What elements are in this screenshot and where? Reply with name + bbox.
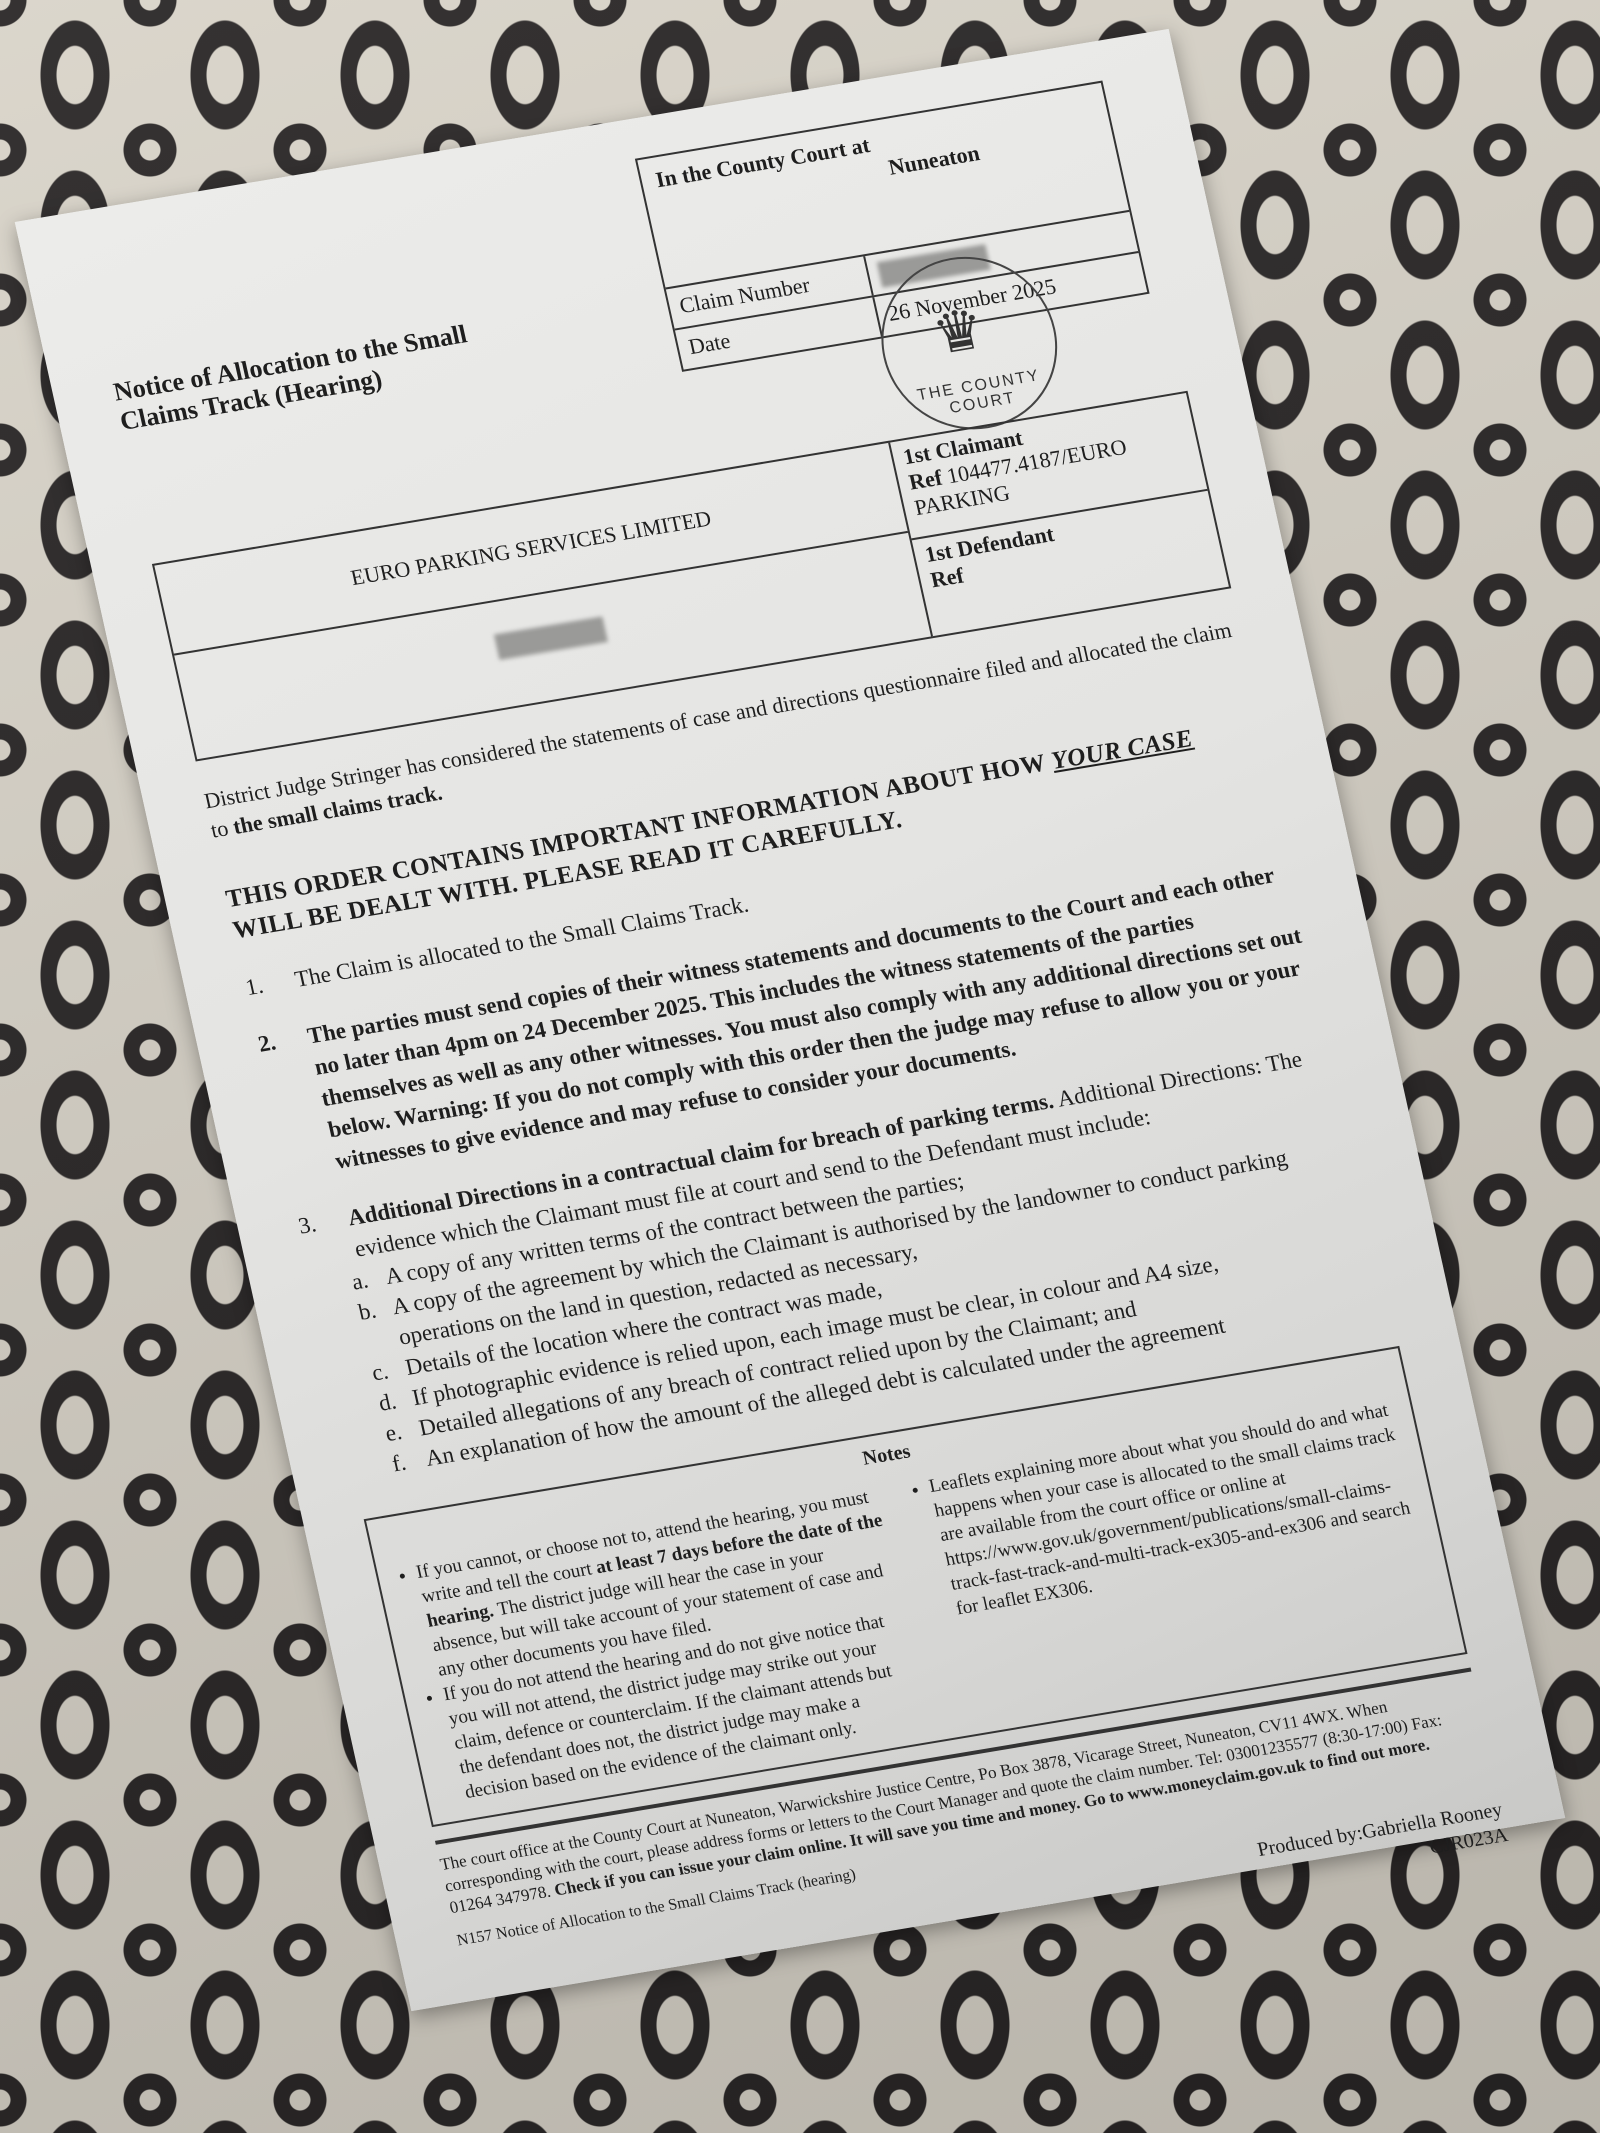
document-title: Notice of Allocation to the Small Claims… xyxy=(111,307,548,437)
redaction-block xyxy=(494,616,608,660)
your-case-emphasis: YOUR CASE xyxy=(1049,725,1196,775)
crown-icon: ♛ xyxy=(927,296,991,368)
